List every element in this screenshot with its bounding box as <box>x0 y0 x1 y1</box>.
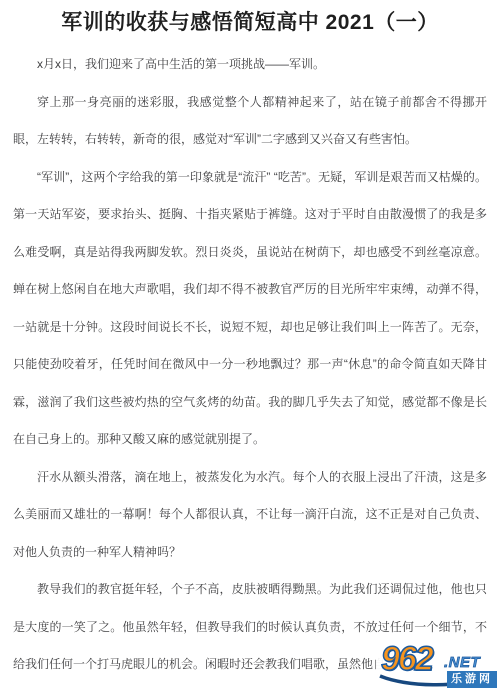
site-watermark: 962 .NET 乐游网 <box>376 647 500 691</box>
page-title: 军训的收获与感悟简短高中 2021（一） <box>13 8 487 38</box>
essay-paragraph-4: 汗水从额头滑落，滴在地上，被蒸发化为水汽。每个人的衣服上浸出了汗渍，这是多么美丽… <box>13 459 487 572</box>
essay-paragraph-1: x月x日，我们迎来了高中生活的第一项挑战——军训。 <box>13 46 487 84</box>
essay-paragraph-3: “军训”，这两个字给我的第一印象就是“流汗” “吃苦”。无疑，军训是艰苦而又枯燥… <box>13 159 487 459</box>
watermark-site-name: 乐游网 <box>447 671 497 688</box>
document-body: 军训的收获与感悟简短高中 2021（一） x月x日，我们迎来了高中生活的第一项挑… <box>0 0 500 684</box>
article-page: { "page": { "title": "军训的收获与感悟简短高中 2021（… <box>0 0 500 691</box>
essay-content: x月x日，我们迎来了高中生活的第一项挑战——军训。 穿上那一身亮丽的迷彩服，我感… <box>13 46 487 684</box>
essay-paragraph-2: 穿上那一身亮丽的迷彩服，我感觉整个人都精神起来了，站在镜子前都舍不得挪开眼，左转… <box>13 84 487 159</box>
watermark-logo-suffix: .NET <box>444 654 480 671</box>
